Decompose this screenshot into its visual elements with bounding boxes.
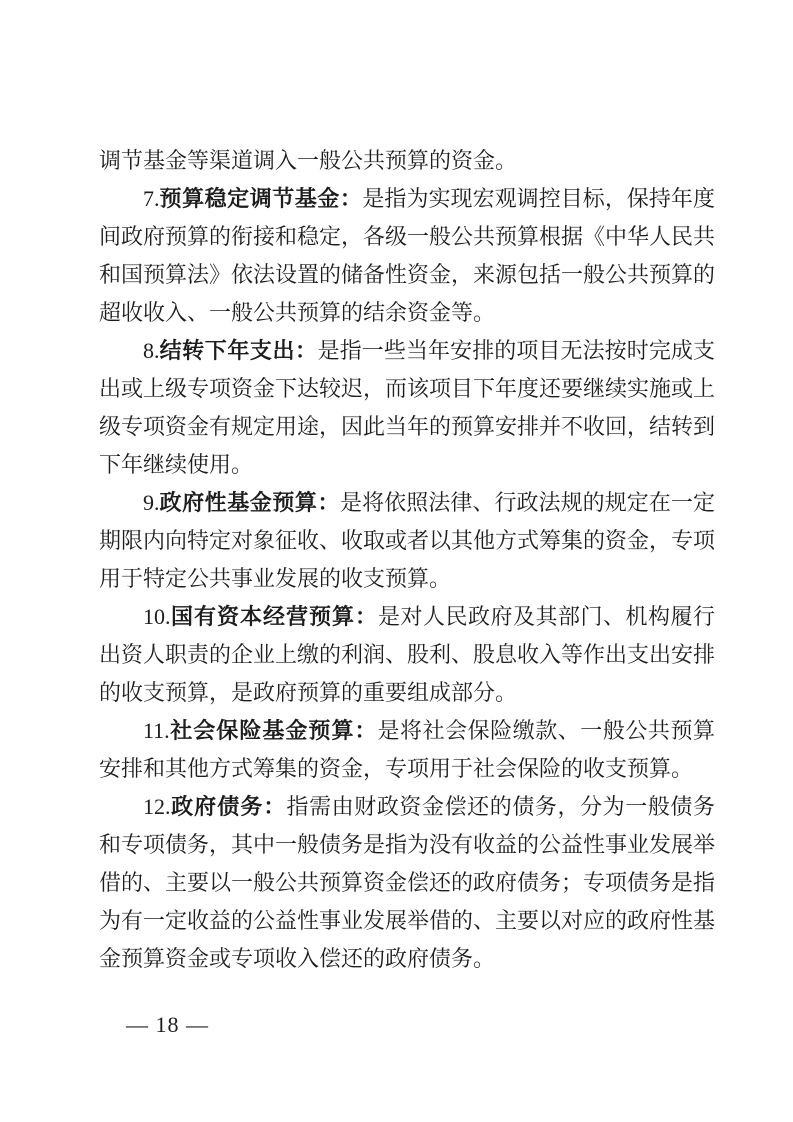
continuation-text: 调节基金等渠道调入一般公共预算的资金。: [99, 148, 517, 173]
entry-number: 11.: [143, 718, 170, 743]
entry-term: 政府性基金预算：: [160, 490, 341, 515]
glossary-entry-11: 11.社会保险基金预算：是将社会保险缴款、一般公共预算安排和其他方式筹集的资金，…: [99, 712, 715, 788]
entry-number: 10.: [143, 604, 171, 629]
entry-term: 政府债务：: [171, 794, 287, 819]
entry-definition: 指需由财政资金偿还的债务，分为一般债务和专项债务，其中一般债务是指为没有收益的公…: [99, 794, 715, 971]
glossary-entry-12: 12.政府债务：指需由财政资金偿还的债务，分为一般债务和专项债务，其中一般债务是…: [99, 788, 715, 978]
document-page: 调节基金等渠道调入一般公共预算的资金。 7.预算稳定调节基金：是指为实现宏观调控…: [0, 0, 793, 1122]
entry-number: 7.: [143, 186, 160, 211]
entry-number: 9.: [143, 490, 160, 515]
glossary-entry-7: 7.预算稳定调节基金：是指为实现宏观调控目标，保持年度间政府预算的衔接和稳定，各…: [99, 180, 715, 332]
document-body: 调节基金等渠道调入一般公共预算的资金。 7.预算稳定调节基金：是指为实现宏观调控…: [99, 142, 715, 978]
continuation-paragraph: 调节基金等渠道调入一般公共预算的资金。: [99, 142, 715, 180]
glossary-entry-8: 8.结转下年支出：是指一些当年安排的项目无法按时完成支出或上级专项资金下达较迟，…: [99, 332, 715, 484]
glossary-entry-10: 10.国有资本经营预算：是对人民政府及其部门、机构履行出资人职责的企业上缴的利润…: [99, 598, 715, 712]
glossary-entry-9: 9.政府性基金预算：是将依照法律、行政法规的规定在一定期限内向特定对象征收、收取…: [99, 484, 715, 598]
entry-term: 结转下年支出：: [160, 338, 318, 363]
entry-term: 社会保险基金预算：: [170, 718, 378, 743]
entry-number: 8.: [143, 338, 160, 363]
entry-term: 国有资本经营预算：: [171, 604, 379, 629]
entry-number: 12.: [143, 794, 171, 819]
page-number: — 18 —: [126, 1012, 209, 1038]
entry-term: 预算稳定调节基金：: [160, 186, 363, 211]
